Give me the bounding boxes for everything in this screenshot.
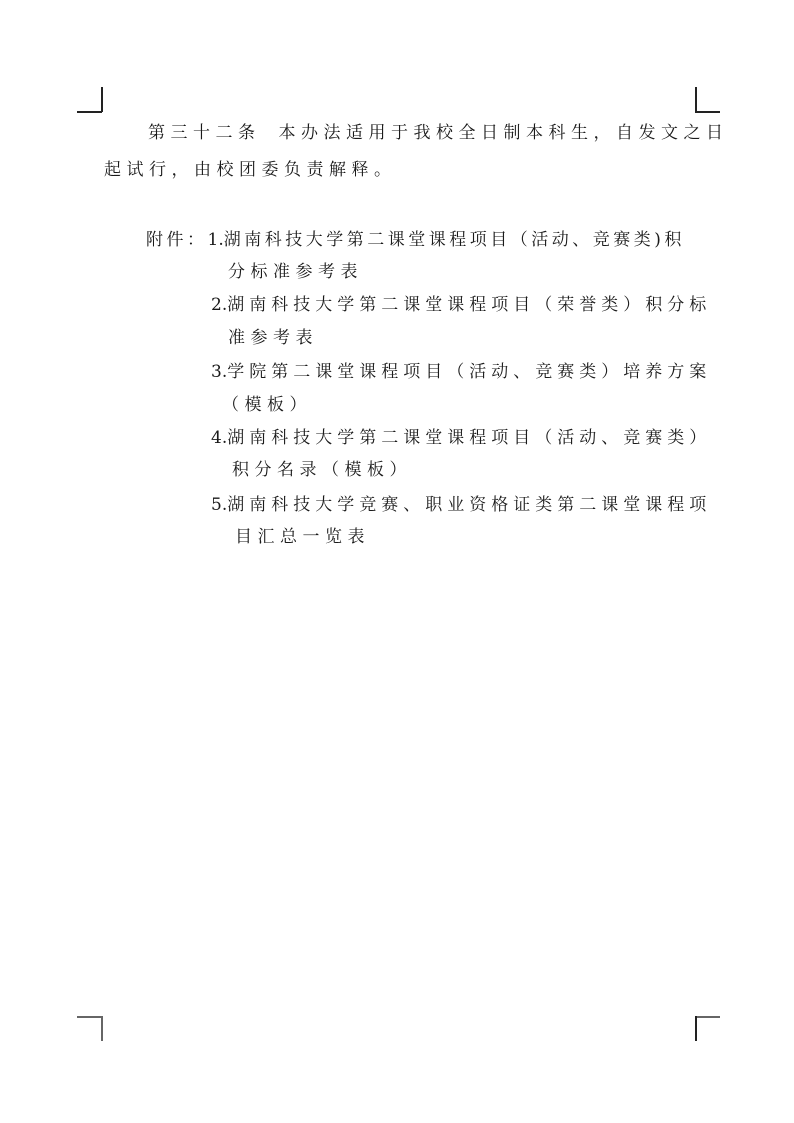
crop-mark-top-right-h (695, 111, 720, 113)
crop-mark-bottom-left-h (77, 1016, 102, 1018)
attachments-label: 附件： (146, 230, 208, 250)
attachment-2-title-cont: 准参考表 (228, 328, 318, 348)
article-line-1: 第三十二条本办法适用于我校全日制本科生，自发文之日 (148, 122, 729, 144)
attachment-1-number: 1. (208, 230, 224, 250)
crop-mark-bottom-left-v (101, 1016, 103, 1041)
attachment-3-line-2: （模板） (222, 394, 312, 416)
article-line-2: 起试行，由校团委负责解释。 (104, 159, 397, 181)
attachment-2-number: 2. (211, 295, 227, 315)
attachment-4-line-1: 4.湖南科技大学第二课堂课程项目（活动、竞赛类） (211, 427, 711, 449)
attachment-1-line-1: 附件：1.湖南科技大学第二课堂课程项目（活动、竞赛类)积 (146, 229, 685, 251)
attachment-3-number: 3. (211, 362, 227, 382)
attachment-5-number: 5. (211, 495, 227, 515)
crop-mark-top-left-v (101, 87, 103, 112)
crop-mark-bottom-right-v (695, 1016, 697, 1041)
attachment-4-number: 4. (211, 428, 227, 448)
article-text-2: 起试行，由校团委负责解释。 (104, 160, 397, 180)
attachment-5-line-2: 目汇总一览表 (235, 526, 370, 548)
attachment-2-title: 湖南科技大学第二课堂课程项目（荣誉类）积分标 (227, 295, 711, 315)
attachment-2-line-2: 准参考表 (228, 327, 318, 349)
crop-mark-top-right-v (695, 87, 697, 112)
attachment-1-title: 湖南科技大学第二课堂课程项目（活动、竞赛类)积 (224, 230, 685, 250)
attachment-2-line-1: 2.湖南科技大学第二课堂课程项目（荣誉类）积分标 (211, 294, 711, 316)
attachment-4-title: 湖南科技大学第二课堂课程项目（活动、竞赛类） (227, 428, 711, 448)
attachment-1-title-cont: 分标准参考表 (228, 262, 363, 282)
article-text-1: 本办法适用于我校全日制本科生，自发文之日 (279, 123, 729, 143)
attachment-4-title-cont: 积分名录（模板） (232, 460, 412, 480)
crop-mark-top-left-h (77, 111, 102, 113)
article-heading: 第三十二条 (148, 123, 261, 143)
crop-mark-bottom-right-h (695, 1016, 720, 1018)
attachment-1-line-2: 分标准参考表 (228, 261, 363, 283)
attachment-3-title: 学院第二课堂课程项目（活动、竞赛类）培养方案 (227, 362, 711, 382)
attachment-3-title-cont: （模板） (222, 395, 312, 415)
attachment-4-line-2: 积分名录（模板） (232, 459, 412, 481)
attachment-3-line-1: 3.学院第二课堂课程项目（活动、竞赛类）培养方案 (211, 361, 711, 383)
attachment-5-title-cont: 目汇总一览表 (235, 527, 370, 547)
attachment-5-line-1: 5.湖南科技大学竞赛、职业资格证类第二课堂课程项 (211, 494, 711, 516)
attachment-5-title: 湖南科技大学竞赛、职业资格证类第二课堂课程项 (227, 495, 711, 515)
